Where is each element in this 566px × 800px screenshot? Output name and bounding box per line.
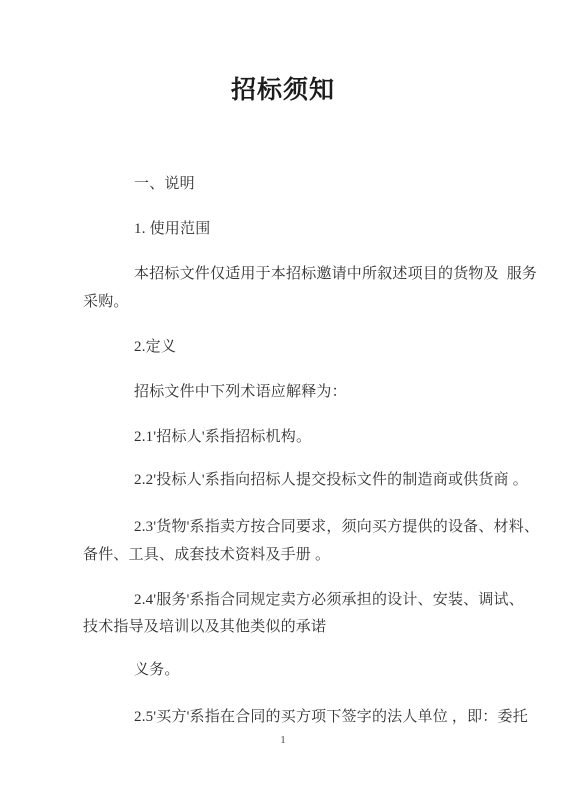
- heading-clause-2: 2.定义: [134, 339, 176, 356]
- document-title: 招标须知: [0, 70, 566, 106]
- clause-2-4-line-2: 技术指导及培训以及其他类似的承诺: [83, 619, 326, 636]
- clause-2-1: 2.1'招标人'系指招标机构。: [134, 429, 311, 446]
- clause-2-3-line-2: 备件、工具、成套技术资料及手册 。: [83, 547, 330, 564]
- clause-2-4-line-3: 义务。: [134, 662, 180, 679]
- para-scope-line-1: 本招标文件仅适用于本招标邀请中所叙述项目的货物及 服务: [134, 266, 537, 283]
- clause-2-4-line-1: 2.4'服务'系指合同规定卖方必须承担的设计、安装、调试、: [134, 592, 524, 609]
- clause-2-5-line-1: 2.5'买方'系指在合同的买方项下签字的法人单位 ，即：委托: [134, 709, 528, 726]
- para-definitions-intro: 招标文件中下列术语应解释为：: [134, 384, 347, 401]
- heading-clause-1: 1. 使用范围: [134, 221, 210, 238]
- heading-section-1: 一、说明: [134, 176, 195, 193]
- para-scope-line-2: 采购。: [83, 294, 129, 311]
- page-number: 1: [0, 734, 566, 746]
- clause-2-3-line-1: 2.3'货物'系指卖方按合同要求，须向买方提供的设备、材料、: [134, 519, 539, 536]
- clause-2-2: 2.2'投标人'系指向招标人提交投标文件的制造商或供货商 。: [134, 472, 528, 489]
- document-page: 招标须知 一、说明 1. 使用范围 本招标文件仅适用于本招标邀请中所叙述项目的货…: [0, 0, 566, 800]
